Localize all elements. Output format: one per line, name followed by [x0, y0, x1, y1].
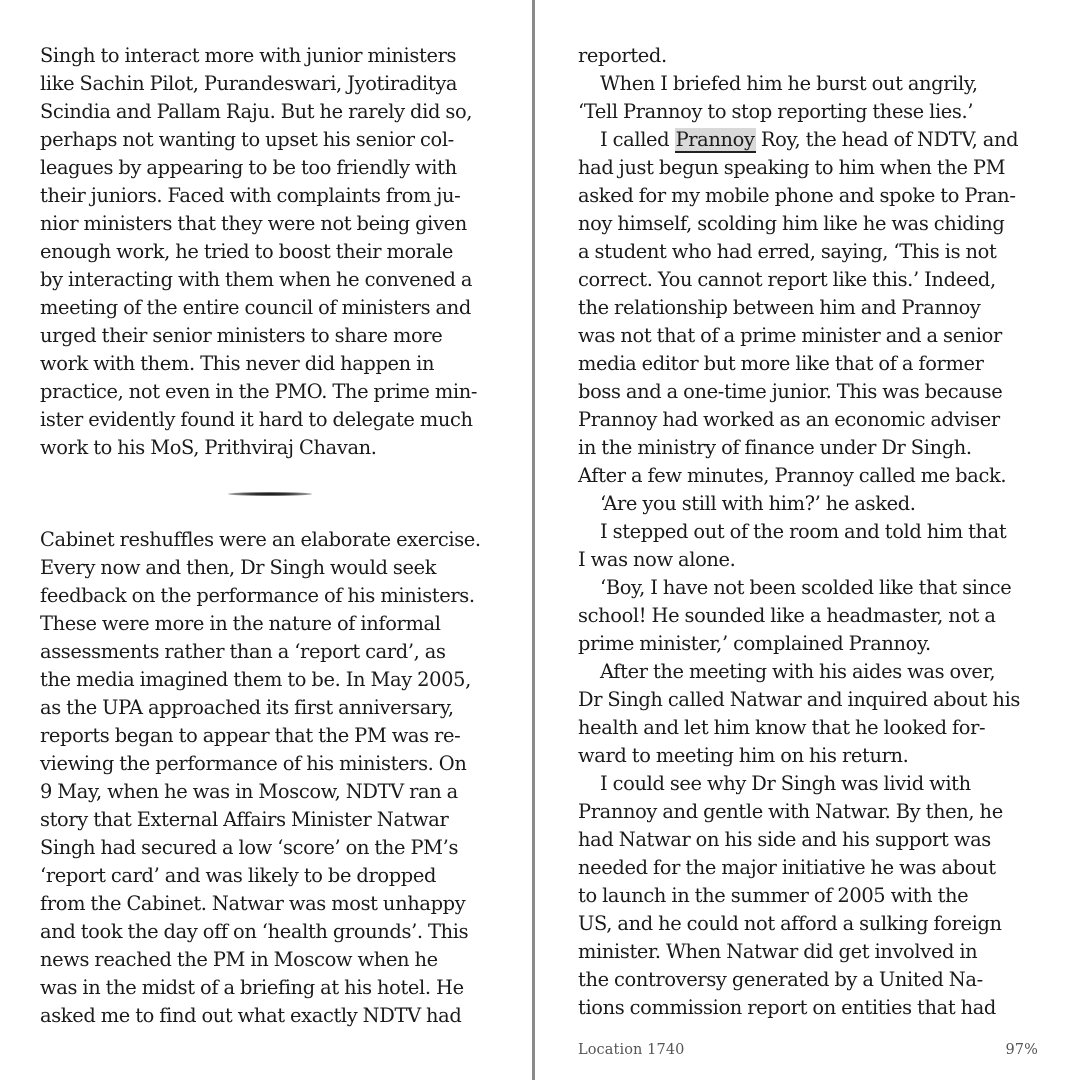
left-page-section-1: Singh to interact more with junior minis…	[40, 42, 510, 462]
text-line: ward to meeting him on his return.	[578, 742, 1048, 770]
text-line: as the UPA approached its first annivers…	[40, 694, 510, 722]
page-spine-divider	[532, 0, 535, 1080]
highlighted-word[interactable]: Prannoy	[675, 128, 756, 153]
text-line: tions commission report on entities that…	[578, 994, 1048, 1022]
text-line: After a few minutes, Prannoy called me b…	[578, 462, 1048, 490]
text-line: boss and a one-time junior. This was bec…	[578, 378, 1048, 406]
text-line: perhaps not wanting to upset his senior …	[40, 126, 510, 154]
text-line: 9 May, when he was in Moscow, NDTV ran a	[40, 778, 510, 806]
text-fragment: I called	[600, 128, 675, 151]
text-line: Cabinet reshuffles were an elaborate exe…	[40, 526, 510, 554]
text-line: nior ministers that they were not being …	[40, 210, 510, 238]
text-line: feedback on the performance of his minis…	[40, 582, 510, 610]
text-line: minister. When Natwar did get involved i…	[578, 938, 1048, 966]
reading-progress-percent: 97%	[1005, 1042, 1038, 1058]
text-line: ‘report card’ and was likely to be dropp…	[40, 862, 510, 890]
left-page[interactable]: Singh to interact more with junior minis…	[0, 0, 532, 1080]
text-line: prime minister,’ complained Prannoy.	[578, 630, 1048, 658]
text-line: Prannoy and gentle with Natwar. By then,…	[578, 798, 1048, 826]
text-line: news reached the PM in Moscow when he	[40, 946, 510, 974]
text-line: had Natwar on his side and his support w…	[578, 826, 1048, 854]
text-line: reported.	[578, 42, 1048, 70]
text-line: US, and he could not afford a sulking fo…	[578, 910, 1048, 938]
right-page[interactable]: reported.When I briefed him he burst out…	[536, 0, 1080, 1080]
text-line: was not that of a prime minister and a s…	[578, 322, 1048, 350]
text-line: ‘Tell Prannoy to stop reporting these li…	[578, 98, 1048, 126]
text-line: I was now alone.	[578, 546, 1048, 574]
left-page-section-2: Cabinet reshuffles were an elaborate exe…	[40, 526, 510, 1030]
section-break-ornament	[228, 492, 312, 496]
text-line: practice, not even in the PMO. The prime…	[40, 378, 510, 406]
text-line: leagues by appearing to be too friendly …	[40, 154, 510, 182]
text-line: health and let him know that he looked f…	[578, 714, 1048, 742]
text-line: enough work, he tried to boost their mor…	[40, 238, 510, 266]
text-line: noy himself, scolding him like he was ch…	[578, 210, 1048, 238]
text-line: asked for my mobile phone and spoke to P…	[578, 182, 1048, 210]
text-line: the controversy generated by a United Na…	[578, 966, 1048, 994]
text-line: When I briefed him he burst out angrily,	[578, 70, 1048, 98]
text-line: viewing the performance of his ministers…	[40, 750, 510, 778]
text-line: I stepped out of the room and told him t…	[578, 518, 1048, 546]
text-line: Every now and then, Dr Singh would seek	[40, 554, 510, 582]
text-line: ister evidently found it hard to delegat…	[40, 406, 510, 434]
text-line: needed for the major initiative he was a…	[578, 854, 1048, 882]
right-page-text: reported.When I briefed him he burst out…	[578, 42, 1048, 1022]
text-line: After the meeting with his aides was ove…	[578, 658, 1048, 686]
text-line: school! He sounded like a headmaster, no…	[578, 602, 1048, 630]
text-line: assessments rather than a ‘report card’,…	[40, 638, 510, 666]
text-fragment: Roy, the head of NDTV, and	[756, 128, 1019, 151]
text-line: These were more in the nature of informa…	[40, 610, 510, 638]
text-line: story that External Affairs Minister Nat…	[40, 806, 510, 834]
text-line: to launch in the summer of 2005 with the	[578, 882, 1048, 910]
text-line: Singh to interact more with junior minis…	[40, 42, 510, 70]
text-line: the relationship between him and Prannoy	[578, 294, 1048, 322]
text-line: reports began to appear that the PM was …	[40, 722, 510, 750]
text-line: ‘Are you still with him?’ he asked.	[578, 490, 1048, 518]
text-line: urged their senior ministers to share mo…	[40, 322, 510, 350]
text-line: a student who had erred, saying, ‘This i…	[578, 238, 1048, 266]
text-line: I could see why Dr Singh was livid with	[578, 770, 1048, 798]
text-line: meeting of the entire council of ministe…	[40, 294, 510, 322]
text-line: had just begun speaking to him when the …	[578, 154, 1048, 182]
text-line: ‘Boy, I have not been scolded like that …	[578, 574, 1048, 602]
text-line: correct. You cannot report like this.’ I…	[578, 266, 1048, 294]
text-line: I called Prannoy Roy, the head of NDTV, …	[578, 126, 1048, 154]
text-line: work to his MoS, Prithviraj Chavan.	[40, 434, 510, 462]
text-line: like Sachin Pilot, Purandeswari, Jyotira…	[40, 70, 510, 98]
text-line: Singh had secured a low ‘score’ on the P…	[40, 834, 510, 862]
text-line: was in the midst of a briefing at his ho…	[40, 974, 510, 1002]
text-line: in the ministry of finance under Dr Sing…	[578, 434, 1048, 462]
text-line: by interacting with them when he convene…	[40, 266, 510, 294]
text-line: Dr Singh called Natwar and inquired abou…	[578, 686, 1048, 714]
text-line: their juniors. Faced with complaints fro…	[40, 182, 510, 210]
reading-location: Location 1740	[578, 1042, 684, 1058]
text-line: Prannoy had worked as an economic advise…	[578, 406, 1048, 434]
text-line: from the Cabinet. Natwar was most unhapp…	[40, 890, 510, 918]
text-line: Scindia and Pallam Raju. But he rarely d…	[40, 98, 510, 126]
text-line: the media imagined them to be. In May 20…	[40, 666, 510, 694]
text-line: work with them. This never did happen in	[40, 350, 510, 378]
text-line: and took the day off on ‘health grounds’…	[40, 918, 510, 946]
text-line: asked me to find out what exactly NDTV h…	[40, 1002, 510, 1030]
text-line: media editor but more like that of a for…	[578, 350, 1048, 378]
